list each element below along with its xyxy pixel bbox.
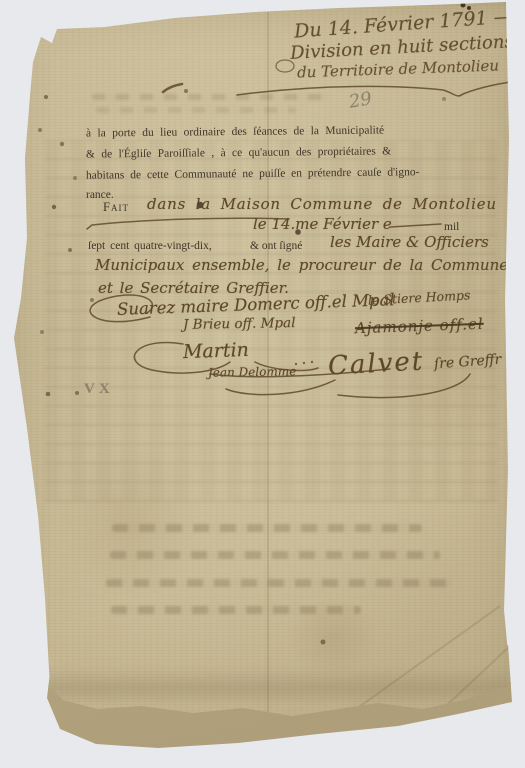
- fold-shade: [40, 668, 510, 702]
- closing-date: le 14.me Février e: [253, 215, 392, 233]
- manuscript-page: Du 14. Février 1791 — Division en huit s…: [0, 0, 525, 768]
- closing-maire: les Maire & Officiers: [330, 233, 489, 251]
- ink-specks: [0, 0, 2, 2]
- verso-text-band: [112, 524, 422, 532]
- faded-strike-row: [92, 94, 332, 100]
- vx-mark: VX: [84, 381, 114, 398]
- closing-ont-signe: & ont ſigné: [250, 240, 302, 252]
- signature-brieu: J Brieu off. Mpal: [183, 315, 296, 333]
- scan-background: Du 14. Février 1791 — Division en huit s…: [0, 0, 525, 768]
- signature-delomme: Jean Delomme: [208, 364, 296, 380]
- printed-line-1: à la porte du lieu ordinaire des ſéances…: [86, 124, 384, 139]
- signature-martin: Martin: [183, 339, 250, 363]
- closing-mil: mil: [444, 221, 459, 233]
- verso-text-band: [106, 579, 451, 587]
- verso-text-band: [111, 606, 361, 614]
- signature-calvet: Calvet: [327, 347, 425, 382]
- faded-strike-row: [96, 107, 296, 113]
- closing-municipaux: Municipaux ensemble, le procureur de la …: [95, 256, 508, 274]
- closing-maison: dans la Maison Commune de Montolieu: [147, 195, 497, 213]
- verso-text-band: [110, 551, 440, 559]
- closing-annee: ſept cent quatre-vingt-dix,: [88, 240, 212, 252]
- ink-dash-mark: [163, 84, 182, 92]
- closing-fait-word: Fait: [103, 200, 129, 215]
- folio-number: 29: [347, 88, 373, 113]
